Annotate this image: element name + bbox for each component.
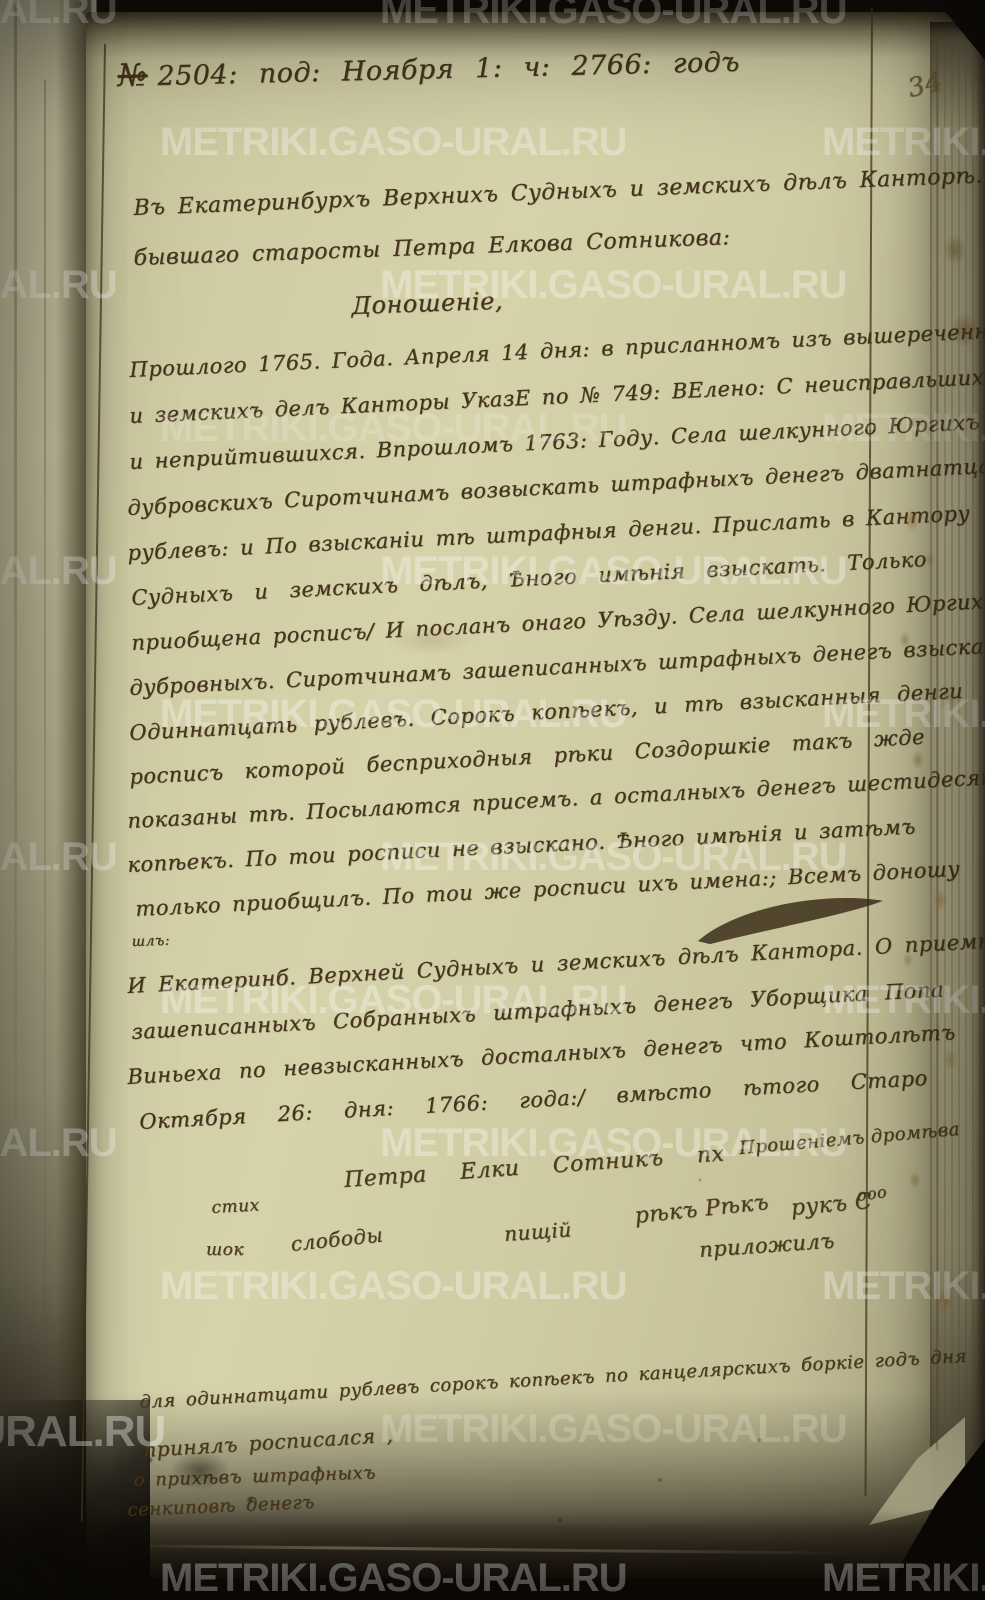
- body-line-carryover: шлъ:: [131, 933, 170, 950]
- signature-word: пищій: [503, 1217, 572, 1246]
- numero-sign: №: [117, 57, 148, 94]
- signature-word: шок: [206, 1240, 244, 1260]
- salutation: Доношеніе,: [351, 287, 503, 320]
- bottom-page-curl: [60, 1510, 985, 1600]
- right-page-stack-edge: [930, 22, 985, 1567]
- signature-word: стих: [211, 1196, 260, 1218]
- archival-photo: №2504: под: Ноября 1: ч: 2766: годъ 34 В…: [0, 0, 985, 1600]
- page-edge-crease: [936, 30, 938, 1450]
